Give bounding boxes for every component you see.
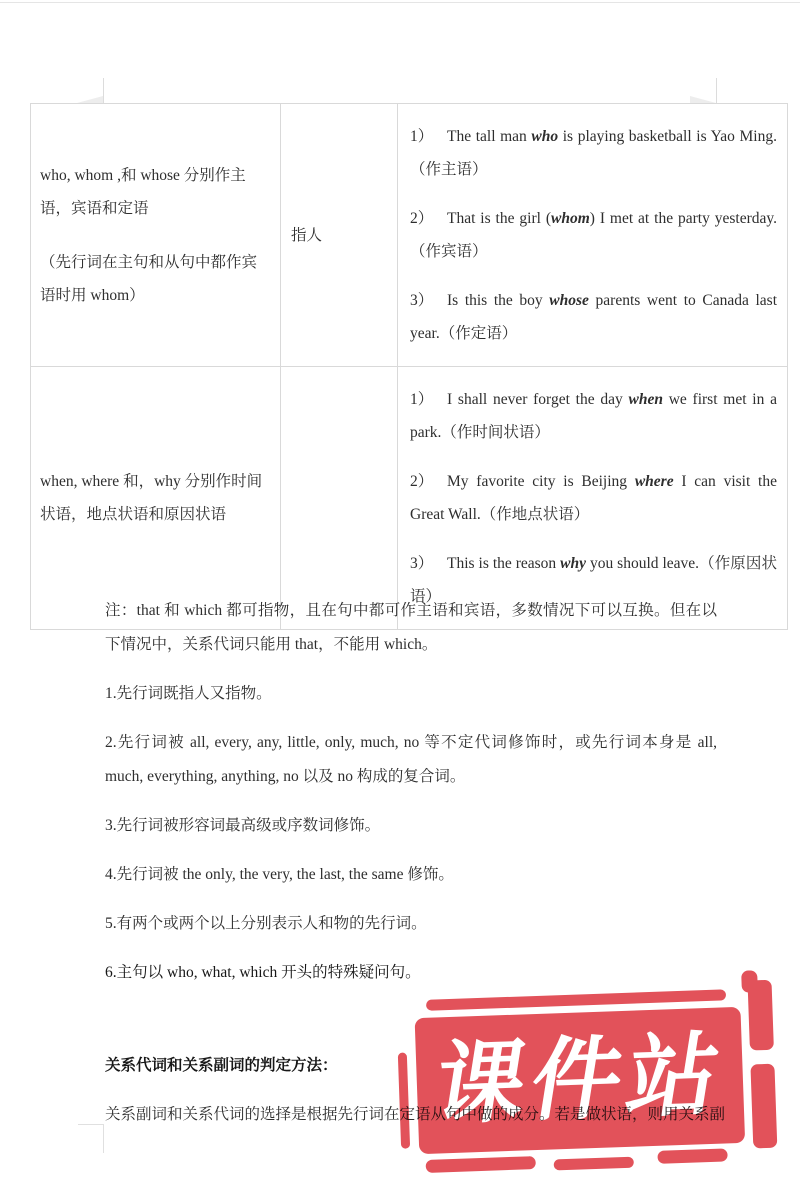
grammar-table: who, whom ,和 whose 分别作主语，宾语和定语 （先行词在主句和从…: [30, 103, 788, 630]
example-number: 3）: [410, 284, 447, 317]
cell-examples-pronouns: 1）The tall man who is playing basketball…: [398, 104, 788, 367]
note-item-3: 3.先行词被形容词最高级或序数词修饰。: [105, 809, 717, 843]
example-sentence: 3）Is this the boy whose parents went to …: [410, 284, 777, 350]
example-number: 2）: [410, 202, 447, 235]
margin-mark-bottom-left-v: [103, 1124, 104, 1153]
example-sentence: 2）My favorite city is Beijing where I ca…: [410, 465, 777, 531]
margin-mark-bottom-left-h: [78, 1124, 104, 1125]
section-heading: 6.主句以 who, what, which 开头的特殊疑问句。: [105, 956, 717, 990]
example-pre: My favorite city is Beijing: [447, 473, 635, 490]
stamp-frame-bottom: [426, 1156, 536, 1173]
note-intro: 注：that 和 which 都可指物，且在句中都可作主语和宾语，多数情况下可以…: [105, 594, 717, 662]
example-sentence: 1）The tall man who is playing basketball…: [410, 120, 777, 186]
margin-mark-top-right: [716, 78, 717, 103]
example-sentence: 1）I shall never forget the day when we f…: [410, 383, 777, 449]
stamp-frame-corner: [741, 970, 758, 993]
example-keyword: whose: [549, 292, 589, 309]
example-keyword: whom: [551, 210, 590, 227]
example-keyword: who: [531, 128, 558, 145]
example-number: 2）: [410, 465, 447, 498]
margin-mark-top-right-corner: [690, 96, 716, 103]
table-row: who, whom ,和 whose 分别作主语，宾语和定语 （先行词在主句和从…: [31, 104, 788, 367]
example-pre: Is this the boy: [447, 292, 549, 309]
example-number: 1）: [410, 120, 447, 153]
judgment-method-text: 关系副词和关系代词的选择是根据先行词在定语从句中做的成分。若是做状语，则用关系副: [105, 1098, 717, 1132]
usage-text: who, whom ,和 whose 分别作主语，宾语和定语: [40, 159, 271, 225]
notes-section: 注：that 和 which 都可指物，且在句中都可作主语和宾语，多数情况下可以…: [105, 579, 717, 1147]
example-pre: I shall never forget the day: [447, 391, 628, 408]
usage-text: when, where 和，why 分别作时间状语，地点状语和原因状语: [40, 465, 271, 531]
cell-refers-people: 指人: [281, 104, 398, 367]
page-edge-line: [0, 2, 800, 3]
judgment-method-heading: 关系代词和关系副词的判定方法：: [105, 1049, 717, 1083]
stamp-frame-right: [747, 980, 773, 1051]
example-keyword: why: [560, 555, 586, 572]
stamp-frame-bottom: [554, 1157, 634, 1171]
stamp-frame-bottom: [657, 1148, 727, 1163]
example-pre: This is the reason: [447, 555, 560, 572]
margin-mark-top-left: [103, 78, 104, 103]
stamp-frame-right: [750, 1064, 777, 1149]
example-keyword: where: [635, 473, 674, 490]
cell-usage-relative-pronouns: who, whom ,和 whose 分别作主语，宾语和定语 （先行词在主句和从…: [31, 104, 281, 367]
note-item-5: 5.有两个或两个以上分别表示人和物的先行词。: [105, 907, 717, 941]
example-sentence: 2）That is the girl (whom) I met at the p…: [410, 202, 777, 268]
refers-text: 指人: [291, 219, 387, 252]
margin-mark-top-left-corner: [77, 96, 103, 103]
example-pre: That is the girl (: [447, 210, 551, 227]
example-number: 1）: [410, 383, 447, 416]
example-pre: The tall man: [447, 128, 531, 145]
usage-note-text: （先行词在主句和从句中都作宾语时用 whom）: [40, 246, 271, 312]
note-item-2: 2.先行词被 all, every, any, little, only, mu…: [105, 726, 717, 794]
note-item-1: 1.先行词既指人又指物。: [105, 677, 717, 711]
example-number: 3）: [410, 547, 447, 580]
note-item-4: 4.先行词被 the only, the very, the last, the…: [105, 858, 717, 892]
example-keyword: when: [628, 391, 662, 408]
